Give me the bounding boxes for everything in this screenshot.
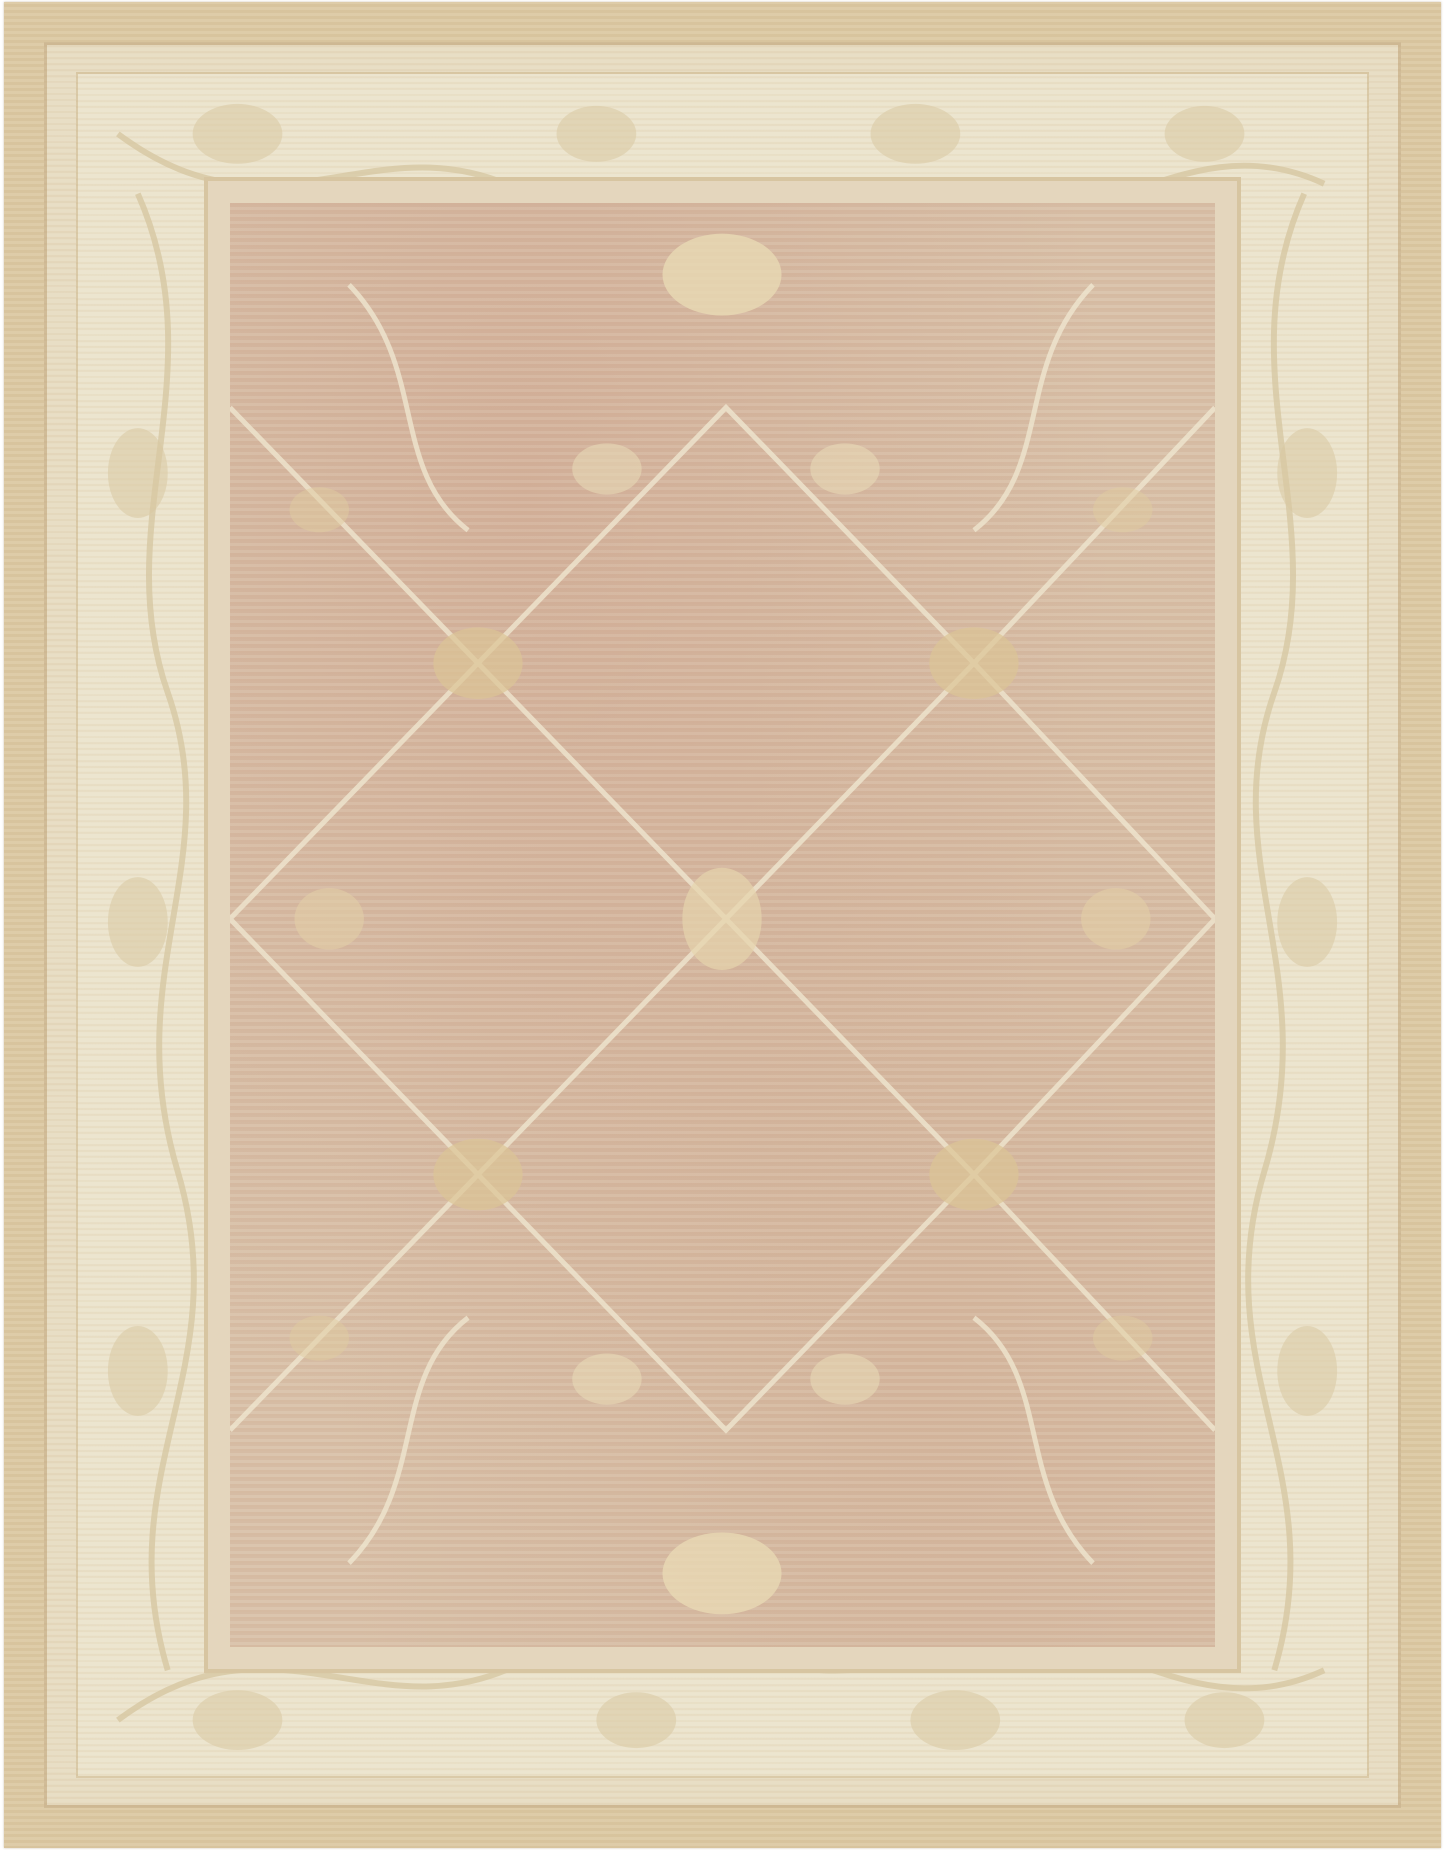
rug <box>4 2 1441 1848</box>
rug-field <box>230 203 1215 1647</box>
rug-inner-guard <box>204 177 1241 1673</box>
field-floral-motifs <box>230 203 1215 1647</box>
palmette-motifs <box>290 234 1153 1615</box>
